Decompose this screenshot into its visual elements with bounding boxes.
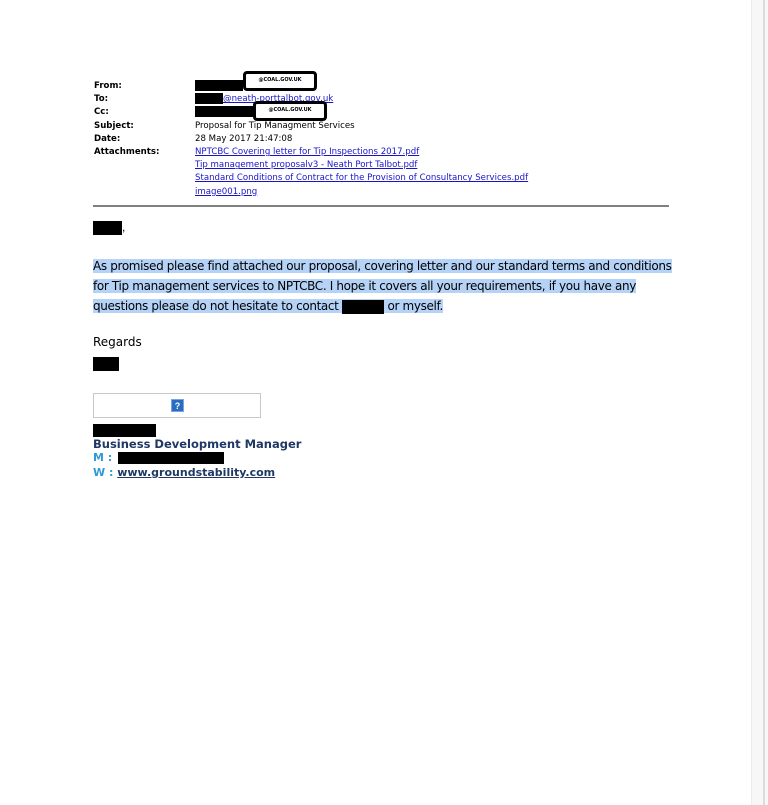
date-value: 28 May 2017 21:47:08	[195, 133, 292, 146]
email-body-paragraph: As promised please find attached our pro…	[93, 256, 673, 316]
attachment-link[interactable]: Tip management proposalv3 - Neath Port T…	[195, 159, 528, 172]
greeting: ,	[93, 220, 125, 235]
from-row: From: @COAL.GOV.UK	[94, 80, 528, 93]
redaction	[93, 221, 122, 235]
sender-name-redaction	[93, 357, 119, 371]
attachments-label: Attachments:	[94, 146, 195, 199]
signature-image-placeholder: ?	[93, 393, 261, 418]
subject-row: Subject: Proposal for Tip Managment Serv…	[94, 120, 528, 133]
attachments-row: Attachments: NPTCBC Covering letter for …	[94, 146, 528, 199]
from-label: From:	[94, 80, 195, 93]
redaction	[195, 80, 243, 91]
mobile-label: M :	[93, 451, 112, 464]
paragraph-text-2: or myself.	[384, 299, 443, 313]
cc-row: Cc: @COAL.GOV.UK	[94, 106, 528, 119]
signature-name-redaction	[93, 424, 156, 437]
document-page: From: @COAL.GOV.UK To: @neath-porttalbot…	[0, 0, 752, 805]
cc-value: @COAL.GOV.UK	[195, 106, 255, 119]
attachment-link[interactable]: Standard Conditions of Contract for the …	[195, 172, 528, 185]
redaction	[195, 106, 255, 117]
to-label: To:	[94, 93, 195, 106]
signature-title: Business Development Manager	[93, 437, 301, 451]
attachments-list: NPTCBC Covering letter for Tip Inspectio…	[195, 146, 528, 199]
website-link[interactable]: www.groundstability.com	[117, 466, 275, 479]
subject-label: Subject:	[94, 120, 195, 133]
web-label: W :	[93, 466, 113, 479]
header-divider	[93, 205, 669, 207]
regards-text: Regards	[93, 335, 142, 349]
greeting-comma: ,	[122, 220, 125, 234]
date-label: Date:	[94, 133, 195, 146]
subject-value: Proposal for Tip Managment Services	[195, 120, 355, 133]
redaction	[195, 93, 223, 104]
scrollbar-track[interactable]	[763, 0, 765, 805]
domain-box: @COAL.GOV.UK	[253, 101, 327, 121]
signature-mobile: M :	[93, 451, 224, 464]
from-value: @COAL.GOV.UK	[195, 80, 243, 93]
email-header: From: @COAL.GOV.UK To: @neath-porttalbot…	[94, 80, 528, 199]
redaction	[342, 300, 384, 314]
cc-label: Cc:	[94, 106, 195, 119]
domain-box: @COAL.GOV.UK	[243, 71, 317, 91]
redaction	[118, 452, 224, 464]
signature-web: W : www.groundstability.com	[93, 466, 275, 479]
missing-image-icon: ?	[171, 399, 184, 412]
date-row: Date: 28 May 2017 21:47:08	[94, 133, 528, 146]
scrollbar[interactable]	[751, 0, 768, 805]
attachment-link[interactable]: NPTCBC Covering letter for Tip Inspectio…	[195, 146, 528, 159]
selected-text: As promised please find attached our pro…	[93, 259, 672, 313]
attachment-link[interactable]: image001.png	[195, 186, 528, 199]
